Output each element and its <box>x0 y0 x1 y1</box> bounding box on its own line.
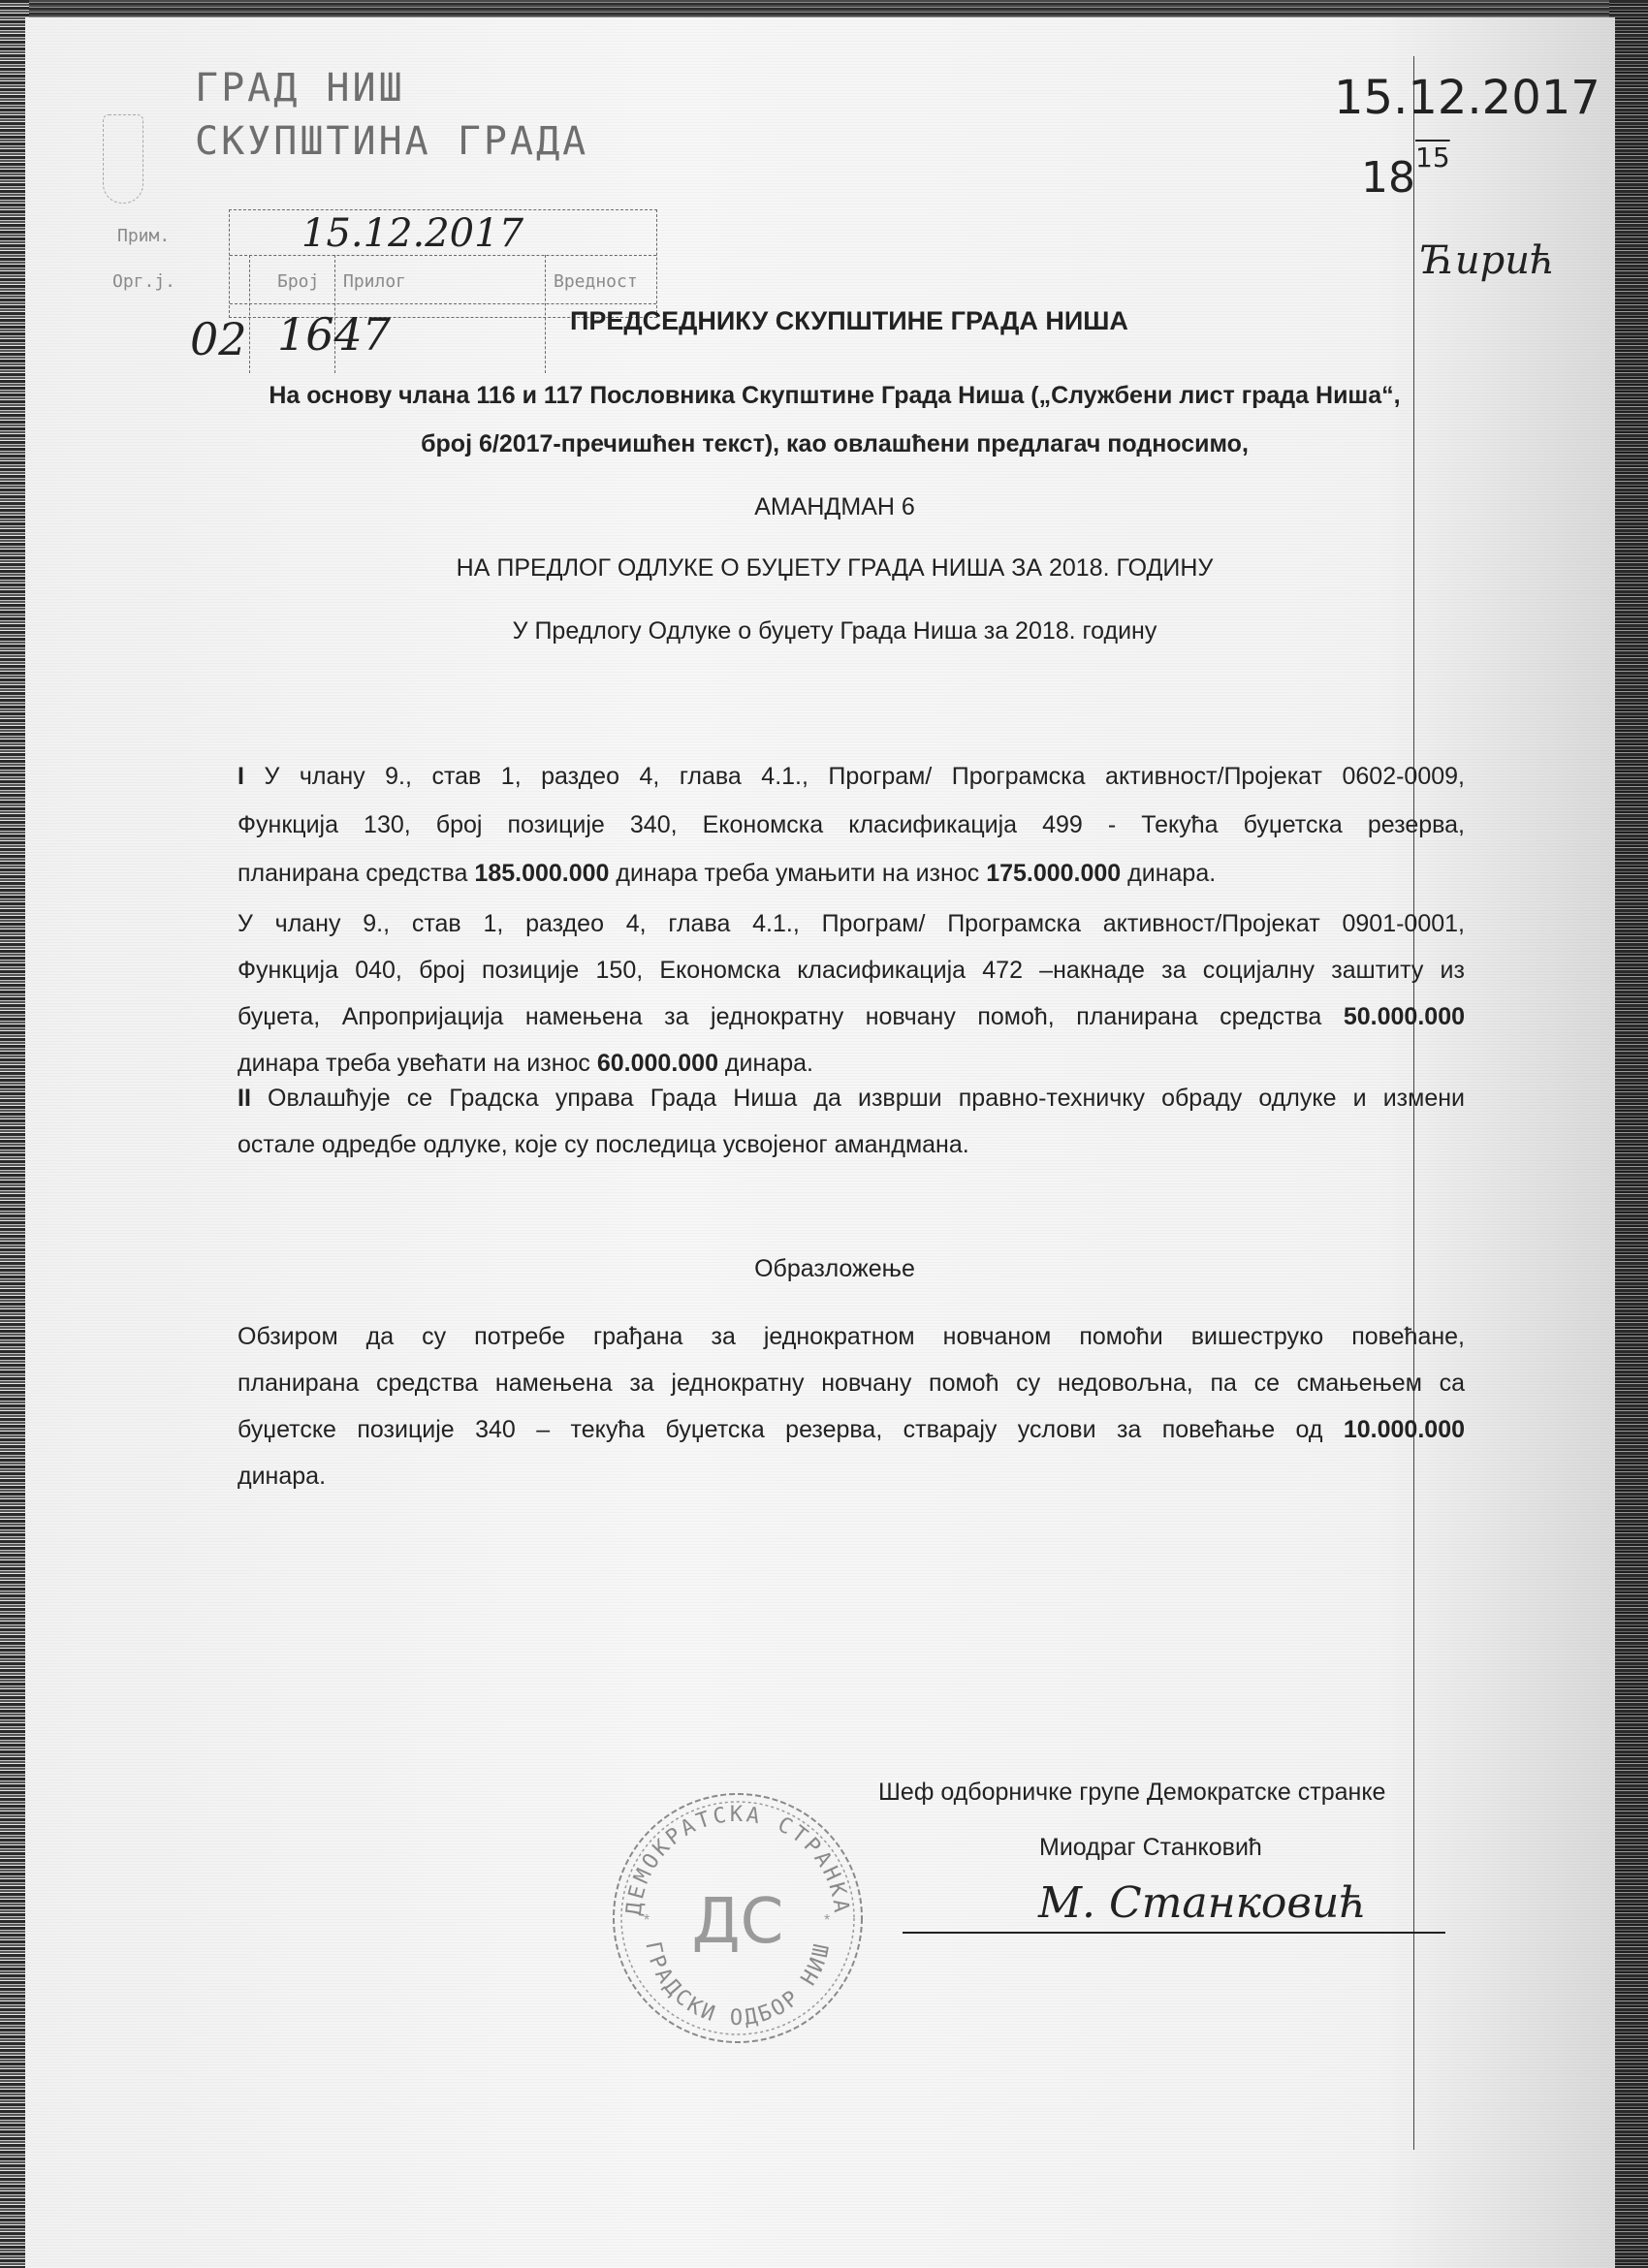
stamp-received-date: 15.12.2017 <box>301 211 523 256</box>
amendment-title: АМАНДМАН 6 <box>238 492 1431 521</box>
section1-line2: Функција 130, број позиције 340, Економс… <box>238 810 1465 839</box>
handwritten-time-minutes: 15 <box>1415 142 1450 173</box>
justification-line1: Обзиром да су потребе грађана за једнокр… <box>238 1322 1465 1351</box>
amount-reduce-to: 175.000.000 <box>986 860 1121 887</box>
handwritten-time-hour: 18 <box>1361 153 1415 203</box>
section1b-line3: буџета, Апропријација намењена за једнок… <box>238 1002 1465 1031</box>
handwritten-initials: Ћирић <box>1421 238 1555 283</box>
stamp-org-unit: 02 <box>190 313 247 365</box>
seal-center: ДС <box>692 1886 784 1958</box>
signatory-title: Шеф одборничке групе Демократске странке <box>878 1778 1385 1807</box>
section2-line2: остале одредбе одлуке, које су последица… <box>238 1130 969 1159</box>
stamp-attachment-label: Прилог <box>343 271 406 292</box>
scan-border-right <box>1609 0 1648 2268</box>
section1-marker: I <box>238 763 244 790</box>
addressee: ПРЕДСЕДНИКУ СКУПШТИНЕ ГРАДА НИША <box>570 306 1128 335</box>
amendment-intro: У Предлогу Одлуке о буџету Града Ниша за… <box>238 616 1431 646</box>
section1b-line1: У члану 9., став 1, раздео 4, глава 4.1.… <box>238 909 1465 938</box>
preamble-line1: На основу члана 116 и 117 Пословника Ску… <box>238 381 1431 410</box>
stamp-institution-line2: СКУПШТИНА ГРАДА <box>195 119 588 164</box>
handwritten-date: 15.12.2017 <box>1334 71 1600 125</box>
stamp-org-label: Орг.ј. <box>112 271 175 292</box>
section1-line1: I У члану 9., став 1, раздео 4, глава 4.… <box>238 762 1465 791</box>
stamp-reg-number: 1647 <box>277 308 391 361</box>
party-seal-icon: ДЕМОКРАТСКА СТРАНКА ГРАДСКИ ОДБОР НИШ ДС… <box>607 1787 869 2049</box>
signature: М. Станковић <box>1038 1878 1367 1928</box>
signatory-name: Миодраг Станковић <box>1039 1833 1262 1862</box>
amount-increase-to: 60.000.000 <box>597 1050 718 1077</box>
coat-of-arms-icon <box>103 114 143 204</box>
amount-increase-delta: 10.000.000 <box>1344 1416 1465 1443</box>
preamble-line2: број 6/2017-пречишћен текст), као овлашћ… <box>238 429 1431 458</box>
section2-marker: II <box>238 1085 251 1112</box>
stamp-received-label: Прим. <box>117 226 170 246</box>
section1b-line4: динара треба увећати на износ 60.000.000… <box>238 1049 813 1078</box>
document-page: ГРАД НИШ СКУПШТИНА ГРАДА Прим. 15.12.201… <box>25 17 1615 2268</box>
amount-increase-from: 50.000.000 <box>1344 1003 1465 1030</box>
section1b-line2: Функција 040, број позиције 150, Економс… <box>238 956 1465 985</box>
stamp-institution-line1: ГРАД НИШ <box>195 66 405 110</box>
signature-line <box>903 1932 1445 1934</box>
section1-line3: планирана средства 185.000.000 динара тр… <box>238 859 1216 888</box>
justification-line4: динара. <box>238 1462 326 1491</box>
scan-border-top <box>0 0 1648 19</box>
justification-line3: буџетске позиције 340 – текућа буџетска … <box>238 1415 1465 1444</box>
section2-line1: II Овлашћује се Градска управа Града Ниш… <box>238 1084 1465 1113</box>
justification-line2: планирана средства намењена за једнократ… <box>238 1369 1465 1398</box>
svg-text:*: * <box>824 1912 830 1929</box>
amount-reduce-from: 185.000.000 <box>474 860 609 887</box>
stamp-value-label: Вредност <box>554 271 638 292</box>
stamp-number-label: Број <box>277 271 319 292</box>
amendment-subtitle: НА ПРЕДЛОГ ОДЛУКЕ О БУЏЕТУ ГРАДА НИША ЗА… <box>238 553 1431 583</box>
justification-title: Образложење <box>238 1254 1431 1283</box>
svg-text:*: * <box>644 1912 650 1929</box>
